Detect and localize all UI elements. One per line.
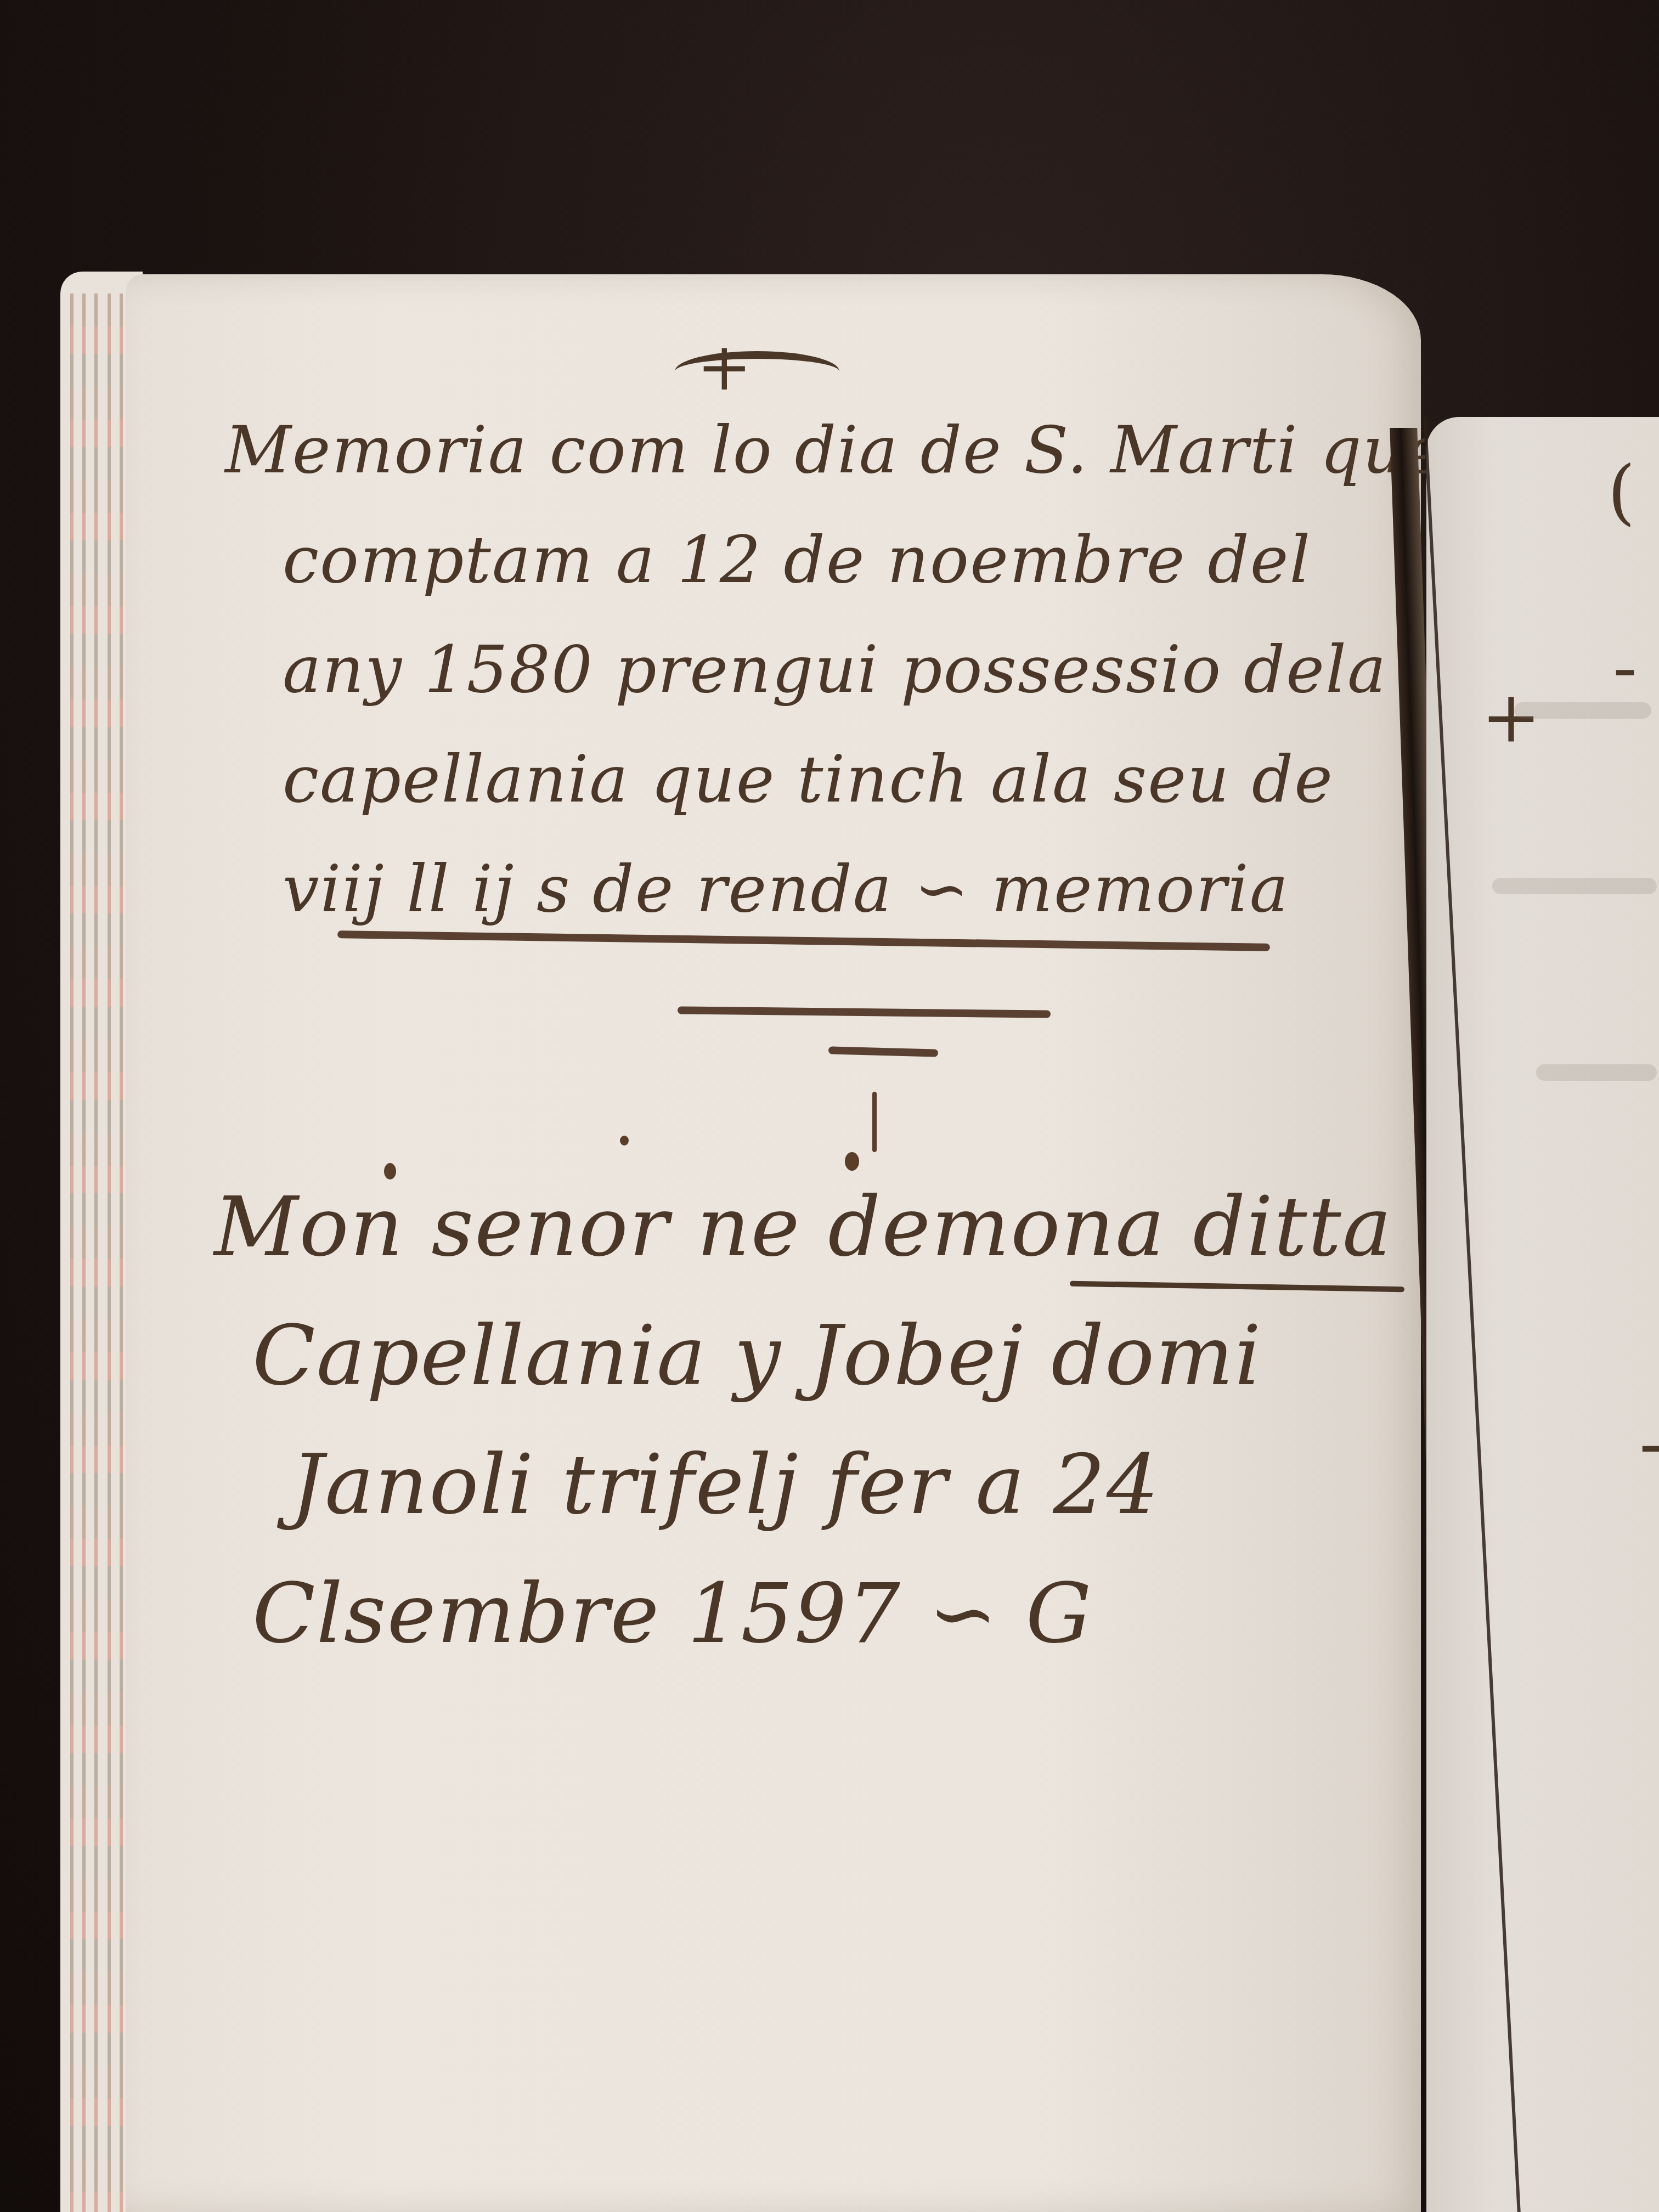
entry-1-line: Memoria com lo dia de S. Marti que	[225, 395, 1445, 505]
entry-2: Mon senor ne demona ditta Capellania y J…	[208, 1163, 1387, 1679]
entry-1-line: comptam a 12 de noembre del	[283, 505, 1503, 614]
entry-1: Memoria com lo dia de S. Marti que compt…	[230, 395, 1451, 944]
entry-2-line: Janoli trifelj fer a 24	[291, 1421, 1469, 1550]
facing-page: ( + - +	[1426, 417, 1659, 2212]
leaf-edge	[82, 294, 86, 2212]
ink-blot	[620, 1136, 629, 1145]
leaf-edge	[108, 294, 111, 2212]
facing-page-mark: (	[1607, 450, 1635, 533]
entry-1-line: capellania que tinch ala seu de	[283, 724, 1503, 834]
entry-2-line: Capellania y Jobej domi	[252, 1292, 1431, 1421]
facing-page-mark: -	[1613, 625, 1637, 709]
cross-heading-mark: +	[697, 329, 752, 405]
entry-2-line: Clsembre 1597 ∽ G	[252, 1550, 1431, 1679]
facing-page-cross: +	[1635, 1404, 1659, 1488]
entry-2-line: Mon senor ne demona ditta	[214, 1163, 1392, 1292]
faded-text	[1514, 702, 1651, 719]
entry-1-line: any 1580 prengui possessio dela	[283, 614, 1503, 724]
heading-arc	[675, 351, 839, 392]
faded-text	[1536, 1064, 1657, 1081]
leaf-edge	[94, 294, 98, 2212]
ink-stroke	[872, 1092, 877, 1152]
entry-1-line: viij ll ij s de renda ∽ memoria	[283, 834, 1503, 944]
faded-text	[1492, 878, 1657, 894]
leaf-edge	[70, 294, 74, 2212]
leaf-edge	[120, 294, 123, 2212]
